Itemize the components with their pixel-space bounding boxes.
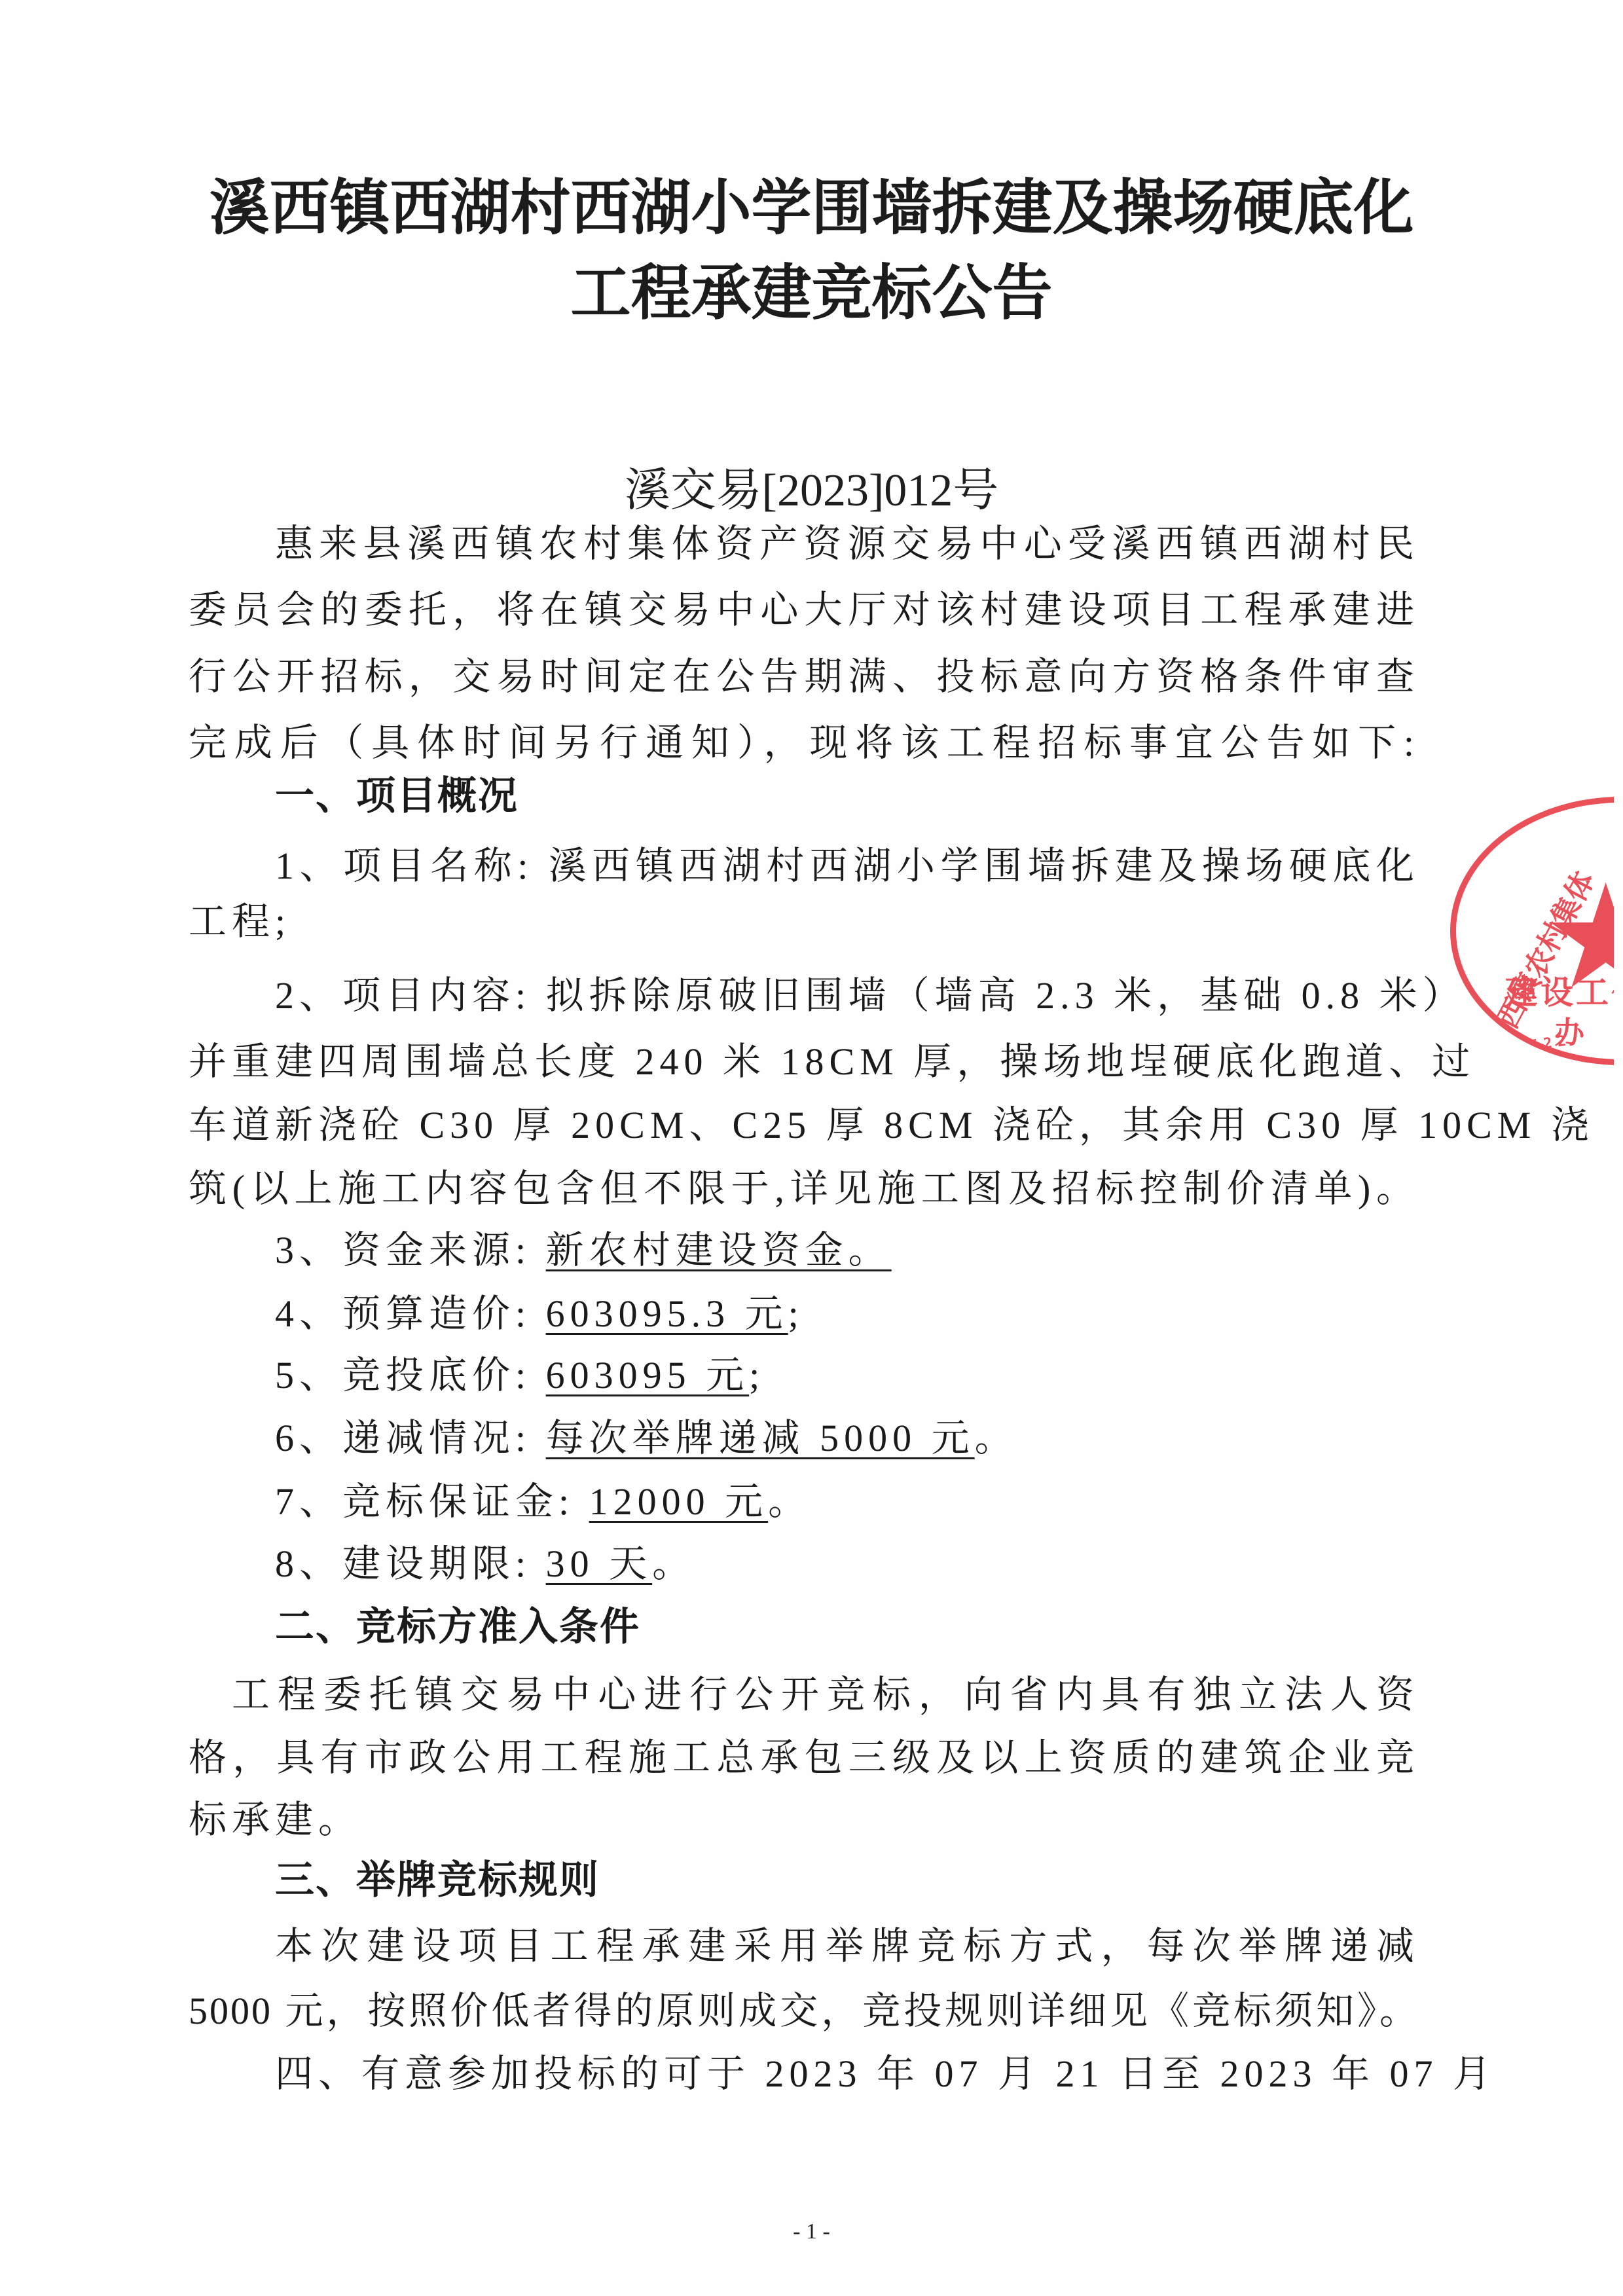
- item-reserve-price-suffix: ;: [749, 1354, 765, 1396]
- item-deposit-value: 12000 元: [589, 1480, 769, 1523]
- item-project-content-line-4: 筑(以上施工内容包含但不限于,详见施工图及招标控制价清单)。: [189, 1163, 1419, 1215]
- item-fund-source-value: 新农村建设资金。: [546, 1229, 892, 1271]
- official-seal-stamp: ★ 惠来县溪西镇农村集体 建设工作 办 44522: [1450, 797, 1614, 1065]
- item-deposit-label: 7、竞标保证金:: [275, 1480, 589, 1523]
- item-construction-period-value: 30 天: [546, 1542, 653, 1585]
- rules-line-2: 5000 元，按照价低者得的原则成交，竞投规则详细见《竞标须知》。: [189, 1985, 1419, 2037]
- document-title-line-1: 溪西镇西湖村西湖小学围墙拆建及操场硬底化: [0, 172, 1623, 244]
- item-project-name-line-1: 1、项目名称: 溪西镇西湖村西湖小学围墙拆建及操场硬底化: [275, 840, 1419, 892]
- item-project-content-line-1: 2、项目内容: 拟拆除原破旧围墙（墙高 2.3 米，基础 0.8 米）: [275, 970, 1419, 1022]
- section-heading-project-overview: 一、项目概况: [275, 770, 519, 822]
- item-budget-price-value: 603095.3 元: [546, 1292, 788, 1335]
- requirements-line-3: 标承建。: [189, 1794, 1419, 1846]
- item-reserve-price-label: 5、竞投底价:: [275, 1354, 546, 1396]
- item-fund-source-label: 3、资金来源:: [275, 1229, 546, 1271]
- intro-line-2: 委员会的委托，将在镇交易中心大厅对该村建设项目工程承建进: [189, 584, 1419, 636]
- item-budget-price-suffix: ;: [788, 1292, 804, 1335]
- item-construction-period: 8、建设期限: 30 天。: [275, 1538, 1419, 1590]
- stamp-code: 44522: [1501, 1032, 1573, 1059]
- stamp-arc-text: 惠来县溪西镇农村集体: [1450, 867, 1599, 1065]
- section-heading-bidder-requirements: 二、竞标方准入条件: [275, 1601, 640, 1653]
- item-deposit: 7、竞标保证金: 12000 元。: [275, 1476, 1419, 1528]
- item-reserve-price: 5、竞投底价: 603095 元;: [275, 1349, 1419, 1402]
- section-four-line: 四、有意参加投标的可于 2023 年 07 月 21 日至 2023 年 07 …: [275, 2048, 1419, 2100]
- requirements-line-2: 格，具有市政公用工程施工总承包三级及以上资质的建筑企业竞: [189, 1732, 1419, 1784]
- page-number: - 1 -: [0, 2219, 1623, 2244]
- item-construction-period-label: 8、建设期限:: [275, 1542, 546, 1585]
- item-fund-source: 3、资金来源: 新农村建设资金。: [275, 1224, 1419, 1277]
- item-decrement-label: 6、递减情况:: [275, 1417, 546, 1459]
- star-icon: ★: [1541, 871, 1614, 1002]
- intro-line-3: 行公开招标，交易时间定在公告期满、投标意向方资格条件审查: [189, 651, 1419, 703]
- item-reserve-price-value: 603095 元: [546, 1354, 750, 1396]
- item-decrement-suffix: 。: [975, 1417, 1018, 1459]
- section-heading-bidding-rules: 三、举牌竞标规则: [275, 1854, 600, 1906]
- intro-line-1: 惠来县溪西镇农村集体资产资源交易中心受溪西镇西湖村民: [275, 518, 1419, 570]
- document-page: 溪西镇西湖村西湖小学围墙拆建及操场硬底化 工程承建竞标公告 溪交易[2023]0…: [0, 0, 1623, 2296]
- stamp-bottom-text: 建设工作: [1505, 966, 1614, 1013]
- stamp-office-text: 办: [1554, 1009, 1584, 1052]
- item-deposit-suffix: 。: [768, 1480, 811, 1523]
- item-budget-price-label: 4、预算造价:: [275, 1292, 546, 1335]
- item-project-name-line-2: 工程;: [189, 896, 1419, 948]
- rules-line-1: 本次建设项目工程承建采用举牌竞标方式，每次举牌递减: [275, 1920, 1419, 1973]
- item-budget-price: 4、预算造价: 603095.3 元;: [275, 1288, 1419, 1340]
- requirements-line-1: 工程委托镇交易中心进行公开竞标，向省内具有独立法人资: [232, 1669, 1419, 1721]
- item-decrement: 6、递减情况: 每次举牌递减 5000 元。: [275, 1412, 1419, 1465]
- item-project-content-line-2: 并重建四周围墙总长度 240 米 18CM 厚，操场地埕硬底化跑道、过: [189, 1036, 1419, 1088]
- item-construction-period-suffix: 。: [652, 1542, 695, 1585]
- item-decrement-value: 每次举牌递减 5000 元: [546, 1417, 975, 1459]
- document-title-line-2: 工程承建竞标公告: [0, 257, 1623, 329]
- document-number: 溪交易[2023]012号: [0, 455, 1623, 527]
- item-project-content-line-3: 车道新浇砼 C30 厚 20CM、C25 厚 8CM 浇砼，其余用 C30 厚 …: [189, 1099, 1419, 1152]
- intro-line-4: 完成后（具体时间另行通知），现将该工程招标事宜公告如下:: [189, 717, 1419, 769]
